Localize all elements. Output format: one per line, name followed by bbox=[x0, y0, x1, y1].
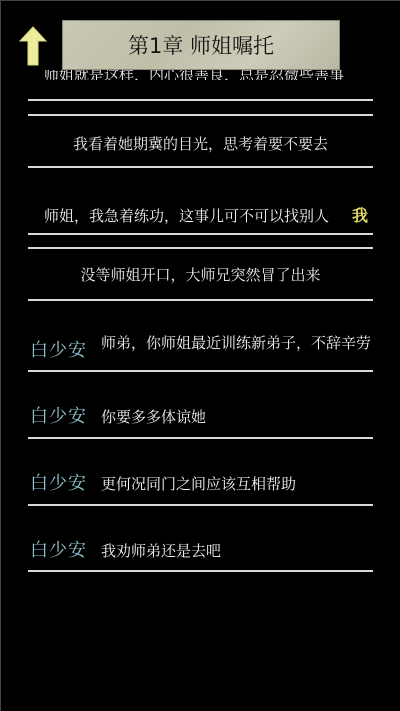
speaker-name: 白少安 bbox=[30, 336, 87, 362]
cut-off-log-line: 师姐就是这样，内心很善良，总是忍微些善事 bbox=[44, 70, 344, 80]
divider bbox=[28, 570, 373, 572]
player-choice-text: 师姐，我急着练功，这事儿可不可以找别人 bbox=[44, 205, 329, 226]
player-tag: 我 bbox=[352, 203, 368, 226]
dialogue-text: 你要多多体谅她 bbox=[101, 409, 371, 426]
speaker-name: 白少安 bbox=[30, 469, 87, 495]
narration-line: 没等师姐开口，大师兄突然冒了出来 bbox=[28, 264, 373, 285]
divider bbox=[28, 299, 373, 301]
chapter-title: 第1章 师姐嘱托 bbox=[128, 30, 274, 60]
speaker-name: 白少安 bbox=[30, 402, 87, 428]
divider bbox=[28, 166, 373, 168]
divider bbox=[28, 99, 373, 101]
dialogue-text: 更何况同门之间应该互相帮助 bbox=[101, 476, 371, 493]
dialogue-text: 师弟，你师姐最近训练新弟子，不辞辛劳 bbox=[101, 335, 371, 352]
divider bbox=[28, 370, 373, 372]
dialogue-text: 我劝师弟还是去吧 bbox=[101, 543, 371, 560]
narration-line: 我看着她期冀的目光，思考着要不要去 bbox=[28, 133, 373, 154]
divider bbox=[28, 233, 373, 235]
divider bbox=[28, 437, 373, 439]
speaker-name: 白少安 bbox=[30, 536, 87, 562]
divider bbox=[28, 247, 373, 249]
divider bbox=[28, 114, 373, 116]
up-arrow-icon[interactable] bbox=[18, 25, 48, 67]
chapter-title-banner: 第1章 师姐嘱托 bbox=[62, 20, 340, 70]
divider bbox=[28, 504, 373, 506]
